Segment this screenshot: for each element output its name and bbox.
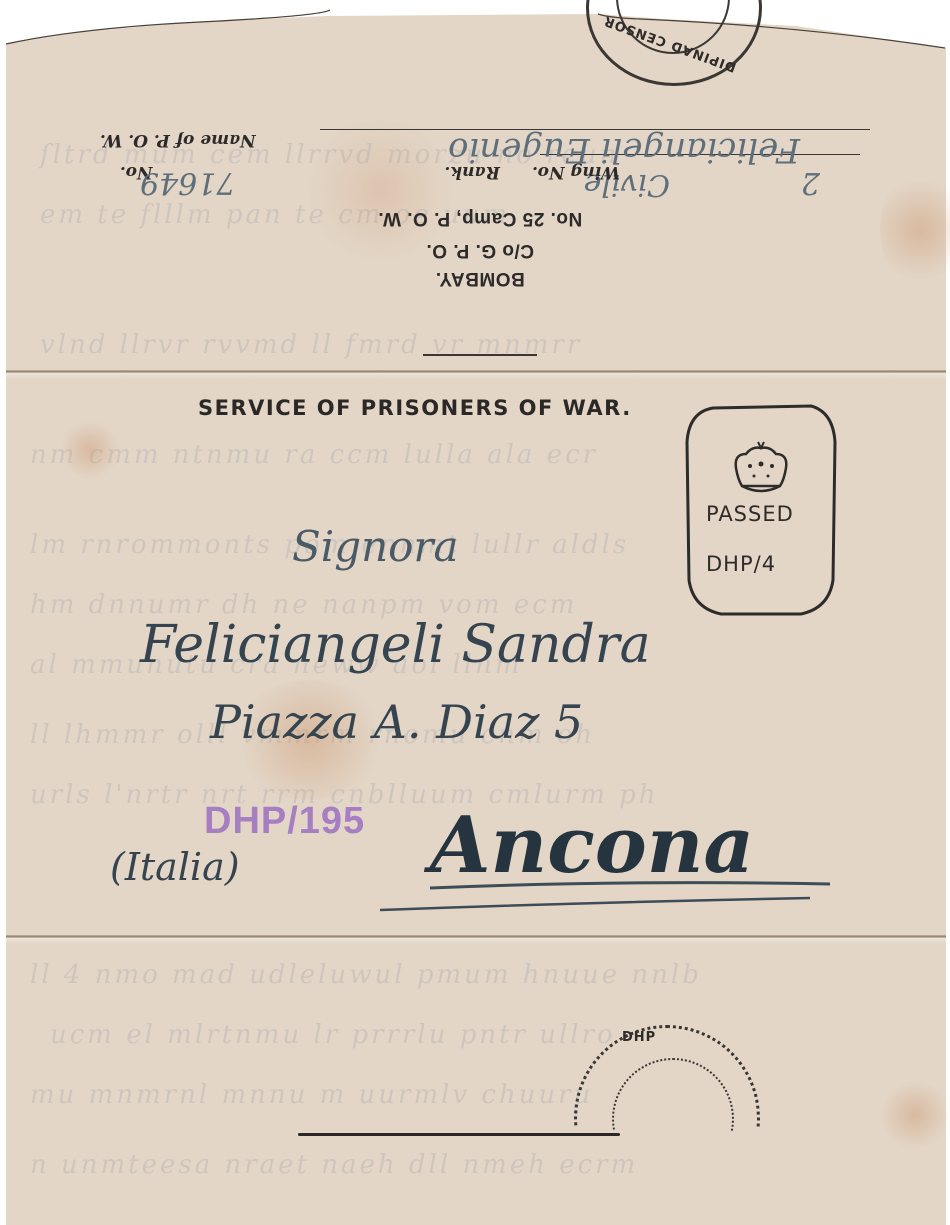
camp-address-line-1: No. 25 Camp, P. O. W. <box>80 207 880 229</box>
camp-address-line-3: BOMBAY. <box>80 267 880 289</box>
crown-icon <box>730 440 792 498</box>
violet-censor-stamp: DHP/195 <box>204 800 365 843</box>
camp-address-line-2: C/o G. P. O. <box>80 239 880 261</box>
postmark-bottom-text: DHP <box>622 1030 656 1045</box>
recipient-name: Feliciangeli Sandra <box>140 615 651 675</box>
fold-highlight-upper <box>6 373 946 379</box>
name-label: Name of P. O. W. <box>100 130 256 150</box>
pow-number: 71649 <box>140 165 235 200</box>
recipient-salutation: Signora <box>292 522 459 571</box>
censor-code-text: DHP/4 <box>706 552 776 576</box>
seal-rule-line <box>298 1133 620 1136</box>
recipient-street: Piazza A. Diaz 5 <box>210 695 583 749</box>
wing-number: 2 <box>801 165 820 200</box>
fold-highlight-lower <box>6 938 946 944</box>
city-underline <box>370 880 840 920</box>
name-underline <box>320 129 870 130</box>
censor-passed-text: PASSED <box>706 502 794 526</box>
service-header: SERVICE OF PRISONERS OF WAR. <box>198 396 632 420</box>
pow-name: Feliciangeli Eugenio <box>448 130 800 170</box>
recipient-country: (Italia) <box>110 845 240 889</box>
return-address-flap: No. 25 Camp, P. O. W. C/o G. P. O. BOMBA… <box>80 130 880 360</box>
address-underline <box>423 354 537 356</box>
recipient-city: Ancona <box>430 800 754 891</box>
